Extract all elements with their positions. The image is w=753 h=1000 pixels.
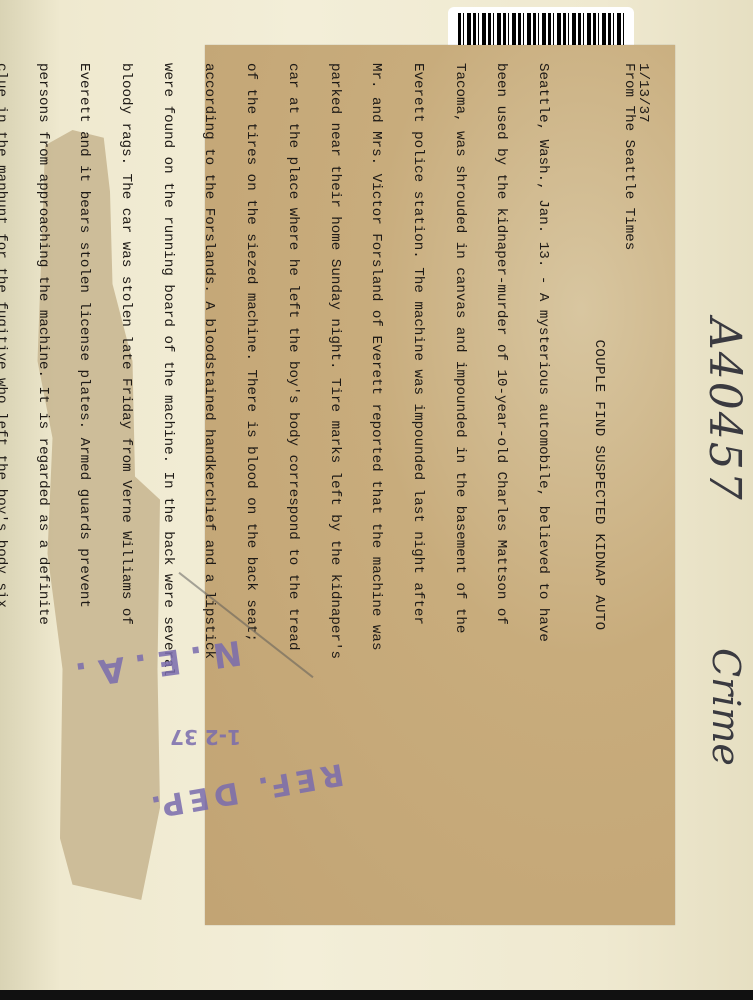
clipping-headline: COUPLE FIND SUSPECTED KIDNAP AUTO <box>591 45 605 925</box>
body-line: Everett police station. The machine was … <box>410 63 424 676</box>
body-line: Mr. and Mrs. Victor Forsland of Everett … <box>368 63 382 676</box>
clipping-body: Seattle, Wash., Jan. 13. - A mysterious … <box>0 63 577 676</box>
body-line: bloody rags. The car was stolen late Fri… <box>118 63 132 676</box>
body-line: clue in the manhunt for the fugitive who… <box>0 63 7 676</box>
body-line: Tacoma, was shrouded in canvas and impou… <box>452 63 466 676</box>
handwritten-category: Crime <box>704 648 748 766</box>
body-line: car at the place where he left the boy's… <box>285 63 299 676</box>
clipping-meta: 1/13/37 From The Seattle Times <box>621 63 649 250</box>
body-line: parked near their home Sunday night. Tir… <box>327 63 341 676</box>
body-line: were found on the running board of the m… <box>160 63 174 676</box>
handwritten-archive-id: A40457 <box>699 318 750 502</box>
body-line: persons from approaching the machine. It… <box>35 63 49 676</box>
date-stamp: 1-2 37 <box>170 725 241 749</box>
clipping-source: From The Seattle Times <box>621 63 635 250</box>
body-line: Everett and it bears stolen license plat… <box>76 63 90 676</box>
body-line: according to the Forslands. A bloodstain… <box>202 63 216 676</box>
scan-edge <box>0 990 753 1000</box>
body-line: of the tires on the siezed machine. Ther… <box>243 63 257 676</box>
barcode-icon <box>458 13 624 47</box>
body-line: been used by the kidnaper-murder of 10-y… <box>494 63 508 676</box>
clipping-date: 1/13/37 <box>635 63 649 250</box>
body-line: Seattle, Wash., Jan. 13. - A mysterious … <box>535 63 549 676</box>
